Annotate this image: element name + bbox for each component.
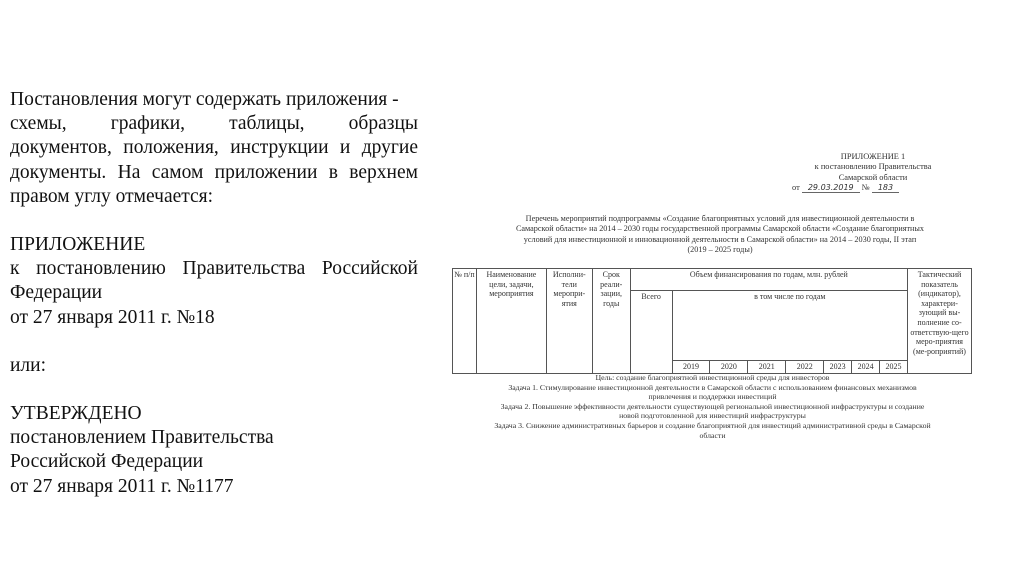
header-by-years: в том числе по годам <box>672 291 907 361</box>
or-text: или: <box>10 354 418 378</box>
scanned-appendix-document: ПРИЛОЖЕНИЕ 1 к постановлению Правительст… <box>440 140 985 460</box>
stamp-line: к постановлению Правительства <box>778 162 968 172</box>
task-line: новой подготовленной для инвестиций инфр… <box>440 411 985 421</box>
header-year: 2022 <box>786 361 824 374</box>
example1-line: Федерации <box>10 281 418 305</box>
intro-line: схемы, графики, таблицы, образцы <box>10 112 418 136</box>
intro-line: Постановления могут содержать приложения… <box>10 88 418 112</box>
task-line: привлечения и поддержки инвестиций <box>440 392 985 402</box>
goals-list: Цель: создание благоприятной инвестицион… <box>440 373 985 440</box>
header-indicator: Тактический показатель (индикатор), хара… <box>908 269 972 374</box>
header-year: 2019 <box>672 361 710 374</box>
header-name: Наименование цели, задачи, мероприятия <box>476 269 546 374</box>
header-year: 2020 <box>710 361 748 374</box>
stamp-date: 29.03.2019 <box>802 183 860 193</box>
intro-line: правом углу отмечается: <box>10 185 418 209</box>
stamp-date-line: от 29.03.2019 № 183 <box>778 183 968 193</box>
header-funding: Объем финансирования по годам, млн. рубл… <box>630 269 907 291</box>
header-year: 2023 <box>824 361 852 374</box>
explanatory-text: Постановления могут содержать приложения… <box>10 88 418 499</box>
stamp-line: ПРИЛОЖЕНИЕ 1 <box>778 152 968 162</box>
task-line: Задача 3. Снижение административных барь… <box>440 421 985 431</box>
intro-line: документов, положения, инструкции и друг… <box>10 136 418 160</box>
example2-line: Российской Федерации <box>10 450 418 474</box>
example1-heading: ПРИЛОЖЕНИЕ <box>10 233 418 257</box>
stamp-line: Самарской области <box>778 173 968 183</box>
intro-line: документы. На самом приложении в верхнем <box>10 161 418 185</box>
header-year: 2024 <box>852 361 880 374</box>
header-year: 2021 <box>748 361 786 374</box>
measures-table: № п/п Наименование цели, задачи, меропри… <box>452 268 972 374</box>
header-year: 2025 <box>880 361 908 374</box>
example2-line: от 27 января 2011 г. №1177 <box>10 475 418 499</box>
example1-line: к постановлению Правительства Российской <box>10 257 418 281</box>
header-number: № п/п <box>453 269 477 374</box>
example2-line: постановлением Правительства <box>10 426 418 450</box>
example1-line: от 27 января 2011 г. №18 <box>10 306 418 330</box>
header-executors: Исполни-тели меропри-ятия <box>546 269 592 374</box>
task-line: области <box>440 431 985 441</box>
task-line: Задача 2. Повышение эффективности деятел… <box>440 402 985 412</box>
stamp-number: 183 <box>872 183 899 193</box>
task-line: Задача 1. Стимулирование инвестиционной … <box>440 383 985 393</box>
example2-heading: УТВЕРЖДЕНО <box>10 402 418 426</box>
header-term: Срок реали-зации, годы <box>592 269 630 374</box>
appendix-stamp: ПРИЛОЖЕНИЕ 1 к постановлению Правительст… <box>778 152 968 194</box>
goal-line: Цель: создание благоприятной инвестицион… <box>440 373 985 383</box>
header-total: Всего <box>630 291 672 374</box>
document-title: Перечень мероприятий подпрограммы «Созда… <box>470 214 970 256</box>
